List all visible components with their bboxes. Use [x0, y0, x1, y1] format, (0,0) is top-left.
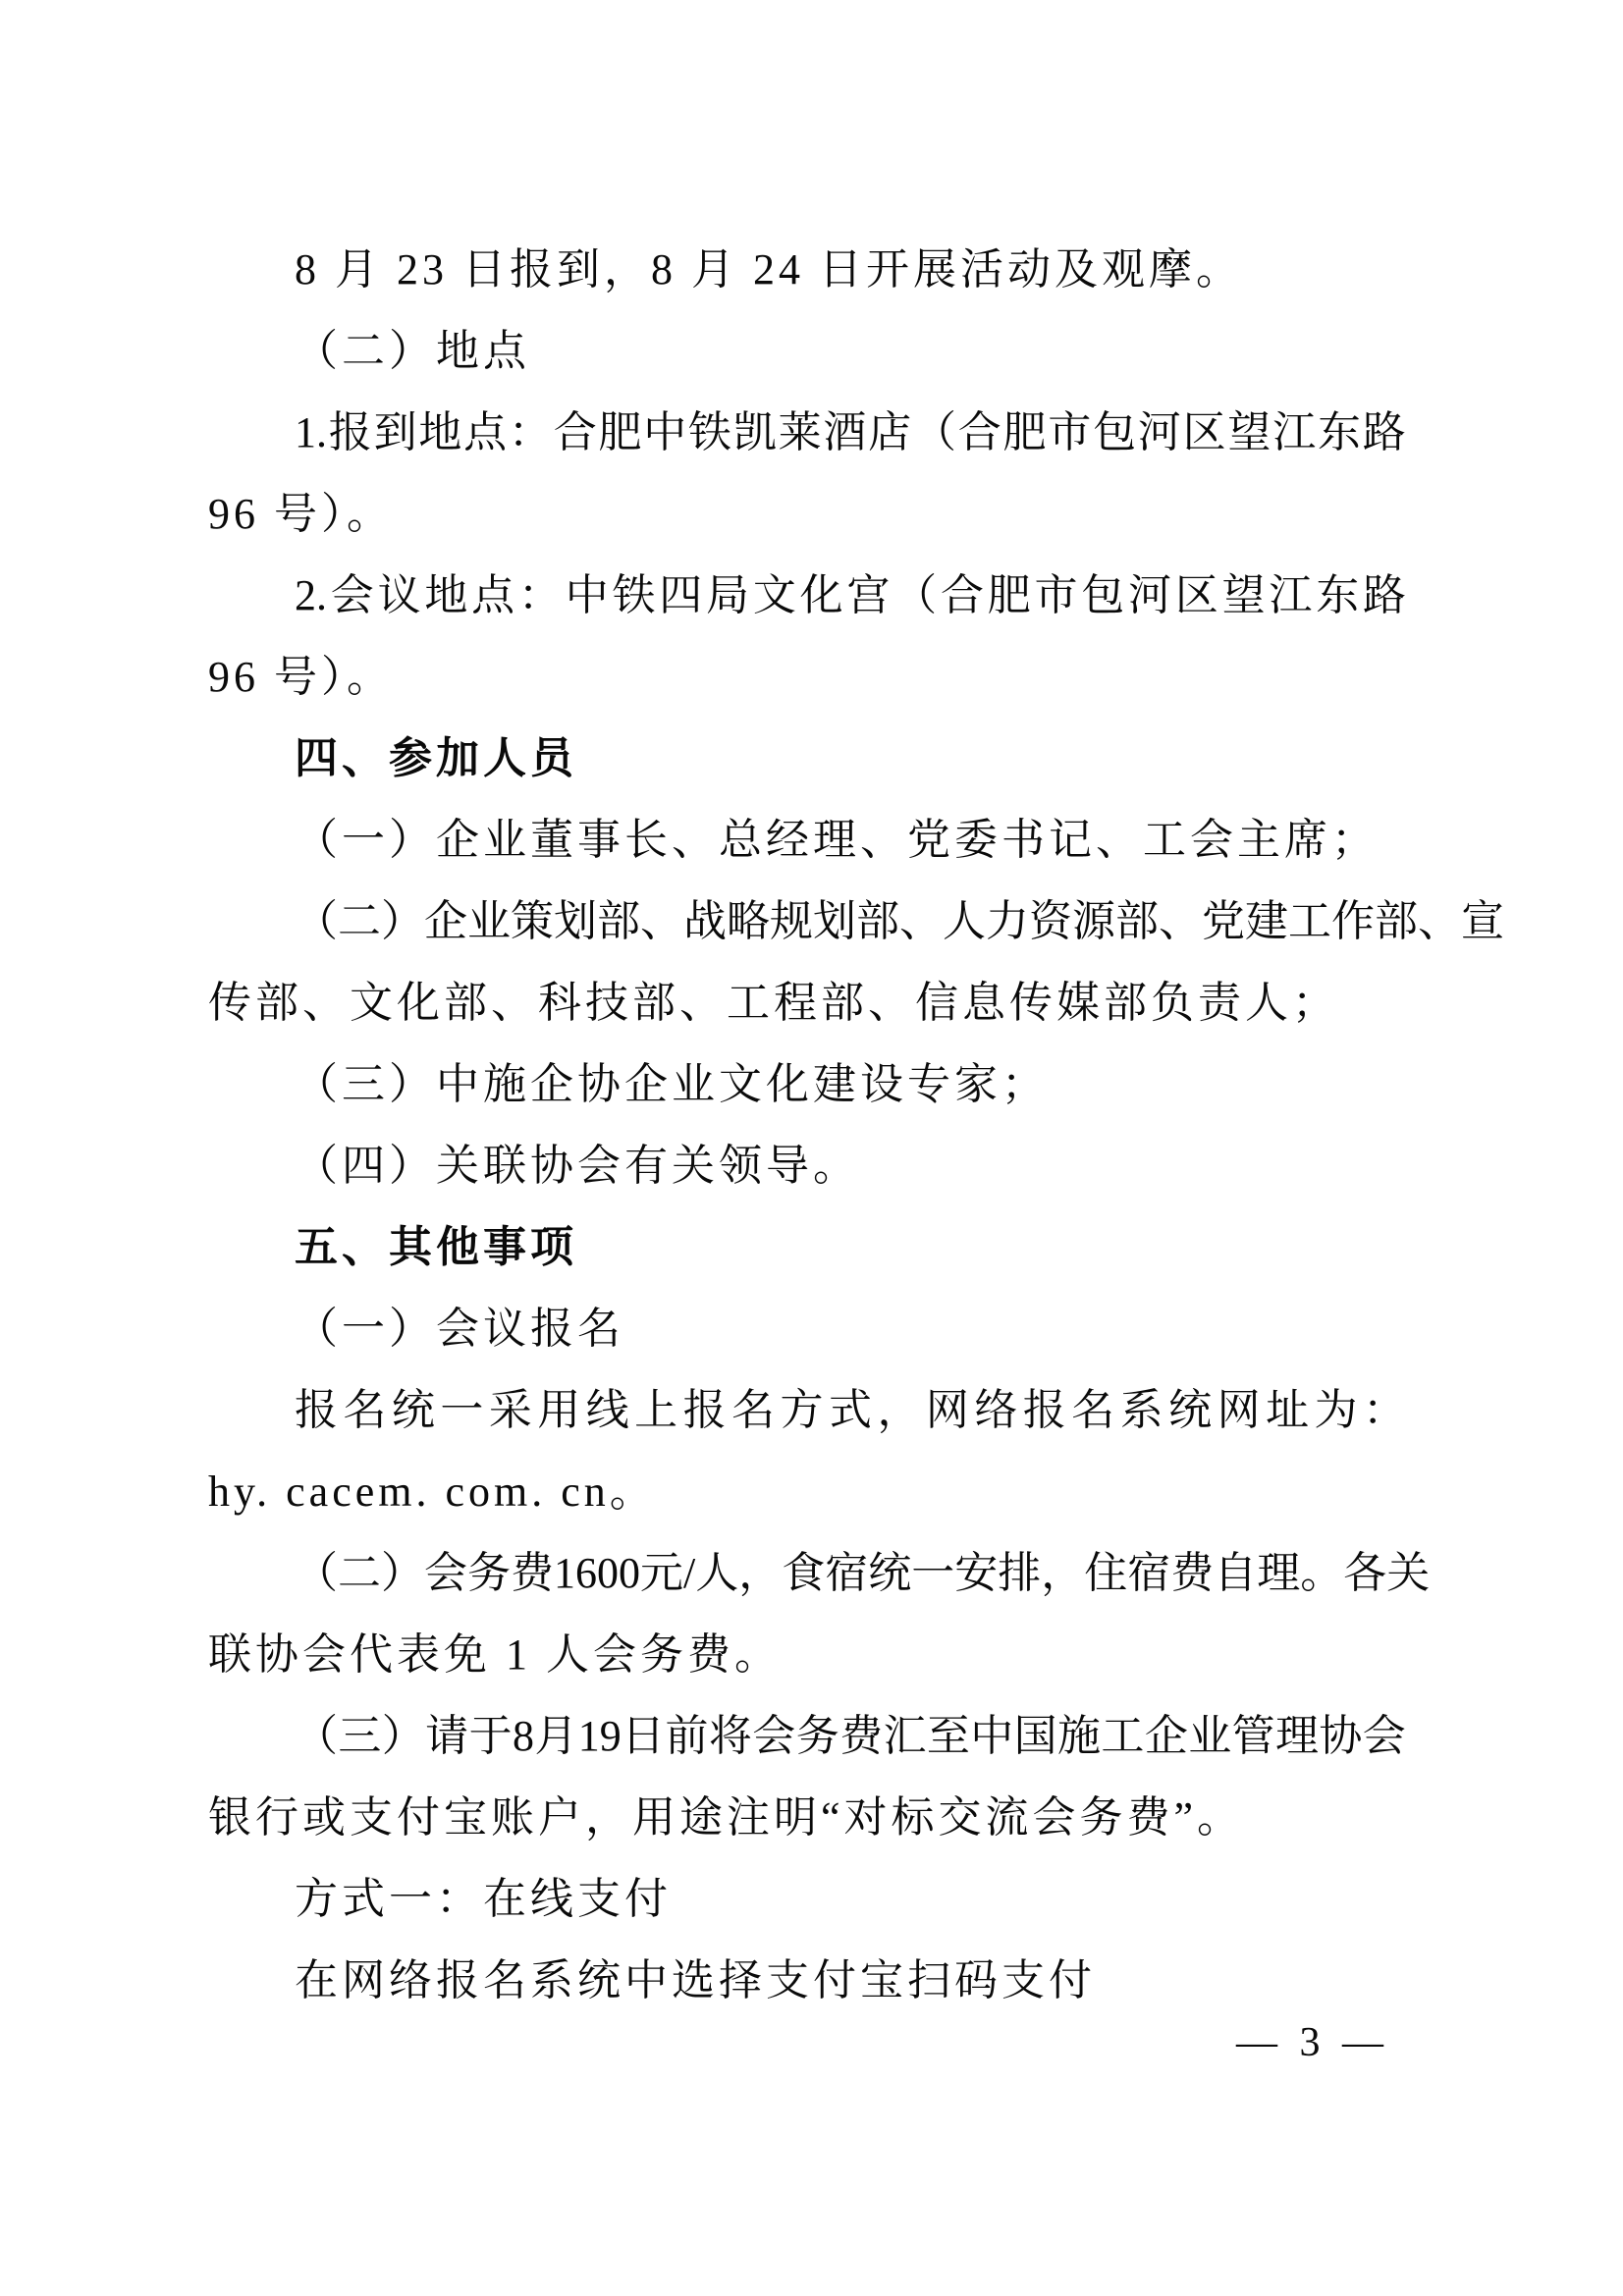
text-glyph: 月	[534, 1695, 577, 1777]
text-glyph: 中	[643, 392, 686, 473]
text-glyph: 河	[1138, 392, 1181, 473]
text-glyph: 区	[1175, 555, 1218, 636]
text-glyph: 协	[1319, 1695, 1362, 1777]
text-glyph: 酒	[823, 392, 866, 473]
document-page: 8 月 23 日报到，8 月 24 日开展活动及观摩。（二）地点1.报到地点：合…	[0, 0, 1623, 2296]
text-glyph: 部	[1375, 881, 1418, 962]
text-glyph: 宫	[846, 555, 890, 636]
text-glyph: ，	[877, 1369, 920, 1451]
text-glyph: （	[295, 1695, 338, 1777]
text-glyph: 自	[1214, 1532, 1257, 1614]
text-glyph: 网	[926, 1369, 969, 1451]
text-glyph: 肥	[598, 392, 641, 473]
text-glyph: 江	[1269, 555, 1312, 636]
text-line: 传部、文化部、科技部、工程部、信息传媒部负责人；	[208, 962, 1406, 1043]
text-glyph: 四	[659, 555, 702, 636]
text-line: （二）企业策划部、战略规划部、人力资源部、党建工作部、宣	[208, 881, 1406, 962]
text-glyph: 江	[1272, 392, 1316, 473]
text-glyph: 党	[1202, 881, 1245, 962]
text-glyph: 战	[683, 881, 727, 962]
text-glyph: 一	[911, 1532, 954, 1614]
text-line: （三）请于8月19日前将会务费汇至中国施工企业管理协会	[208, 1695, 1406, 1777]
text-glyph: 莱	[779, 392, 822, 473]
text-glyph: 宣	[1461, 881, 1504, 962]
text-glyph: 店	[868, 392, 911, 473]
text-glyph: 施	[1057, 1695, 1101, 1777]
text-glyph: 名	[1071, 1369, 1114, 1451]
text-glyph: 19	[578, 1695, 622, 1777]
text-glyph: 望	[1227, 392, 1271, 473]
text-glyph: 至	[927, 1695, 970, 1777]
text-glyph: /	[683, 1532, 695, 1614]
text-glyph: 式	[829, 1369, 872, 1451]
text-glyph: 费	[839, 1695, 883, 1777]
text-glyph: 到	[374, 392, 417, 473]
text-glyph: 系	[1120, 1369, 1163, 1451]
text-glyph: 点	[471, 555, 514, 636]
text-glyph: 铁	[688, 392, 731, 473]
text-glyph: 企	[1145, 1695, 1188, 1777]
text-glyph: 会	[424, 1532, 467, 1614]
text-glyph: 汇	[883, 1695, 926, 1777]
text-glyph: 规	[770, 881, 813, 962]
text-glyph: 源	[1072, 881, 1115, 962]
text-glyph: 理	[1275, 1695, 1319, 1777]
text-glyph: 路	[1363, 555, 1406, 636]
text-line: 2.会议地点：中铁四局文化宫（合肥市包河区望江东路	[208, 555, 1406, 636]
text-glyph: 中	[566, 555, 609, 636]
text-line: 联协会代表免 1 人会务费。	[208, 1614, 1406, 1695]
text-line: 96 号）。	[208, 636, 1406, 718]
text-glyph: 局	[706, 555, 749, 636]
text-glyph: 管	[1232, 1695, 1275, 1777]
text-line: （一）企业董事长、总经理、党委书记、工会主席；	[208, 799, 1406, 881]
text-glyph: 工	[1101, 1695, 1144, 1777]
text-glyph: 肥	[988, 555, 1031, 636]
text-glyph: 费	[1170, 1532, 1214, 1614]
text-glyph: 关	[1386, 1532, 1430, 1614]
text-glyph: 报	[329, 392, 372, 473]
text-glyph: 作	[1331, 881, 1375, 962]
section-heading: 五、其他事项	[208, 1206, 1406, 1288]
text-glyph: 力	[986, 881, 1029, 962]
text-glyph: 、	[1418, 881, 1461, 962]
text-line: （二）会务费1600元/人，食宿统一安排，住宿费自理。各关	[208, 1532, 1406, 1614]
text-glyph: 地	[424, 555, 467, 636]
text-glyph: 望	[1222, 555, 1266, 636]
text-line: （二）地点	[208, 310, 1406, 392]
text-glyph: 宿	[825, 1532, 868, 1614]
text-glyph: 策	[511, 881, 554, 962]
text-glyph: 各	[1343, 1532, 1386, 1614]
text-glyph: 包	[1093, 392, 1136, 473]
text-glyph: 报	[1023, 1369, 1066, 1451]
text-glyph: ，	[738, 1532, 782, 1614]
text-glyph: 报	[683, 1369, 727, 1451]
text-glyph: 1.	[295, 392, 327, 473]
text-glyph: 东	[1316, 555, 1359, 636]
text-glyph: 1600	[554, 1532, 640, 1614]
text-glyph: （	[913, 392, 956, 473]
text-glyph: 国	[1014, 1695, 1057, 1777]
text-glyph: 市	[1048, 392, 1091, 473]
text-glyph: （	[893, 555, 937, 636]
text-glyph: 三	[338, 1695, 381, 1777]
text-line: （一）会议报名	[208, 1288, 1406, 1369]
text-glyph: 用	[537, 1369, 580, 1451]
text-glyph: 部	[597, 881, 640, 962]
text-glyph: 划	[554, 881, 597, 962]
text-glyph: 市	[1035, 555, 1078, 636]
text-glyph: 2.	[295, 555, 327, 636]
text-glyph: 务	[796, 1695, 839, 1777]
text-glyph: 东	[1318, 392, 1361, 473]
text-glyph: 部	[1115, 881, 1159, 962]
text-glyph: 文	[753, 555, 796, 636]
text-glyph: 河	[1128, 555, 1171, 636]
text-glyph: 合	[941, 555, 984, 636]
text-line: 在网络报名系统中选择支付宝扫码支付	[208, 1940, 1406, 2021]
text-glyph: 为	[1315, 1369, 1358, 1451]
text-glyph: 业	[1188, 1695, 1231, 1777]
text-glyph: 理	[1257, 1532, 1300, 1614]
text-glyph: 排	[998, 1532, 1041, 1614]
text-glyph: 划	[813, 881, 856, 962]
text-glyph: 业	[467, 881, 511, 962]
text-glyph: 资	[1029, 881, 1072, 962]
text-glyph: 网	[1217, 1369, 1261, 1451]
text-glyph: （	[295, 1532, 338, 1614]
text-glyph: 地	[418, 392, 461, 473]
text-glyph: 务	[467, 1532, 511, 1614]
text-glyph: 住	[1084, 1532, 1127, 1614]
text-glyph: 企	[424, 881, 467, 962]
text-glyph: 工	[1288, 881, 1331, 962]
document-text-block: 8 月 23 日报到，8 月 24 日开展活动及观摩。（二）地点1.报到地点：合…	[208, 229, 1406, 2021]
text-glyph: 安	[954, 1532, 998, 1614]
text-line: 报名统一采用线上报名方式，网络报名系统网址为：	[208, 1369, 1406, 1451]
page-number: — 3 —	[1236, 2008, 1389, 2077]
text-glyph: 人	[943, 881, 986, 962]
text-glyph: 、	[640, 881, 683, 962]
text-glyph: ，	[1041, 1532, 1084, 1614]
text-glyph: 统	[392, 1369, 435, 1451]
text-line: 96 号）。	[208, 473, 1406, 555]
text-glyph: ）	[382, 1695, 425, 1777]
text-glyph: 会	[752, 1695, 795, 1777]
text-glyph: 人	[695, 1532, 738, 1614]
text-glyph: 建	[1245, 881, 1288, 962]
text-glyph: 部	[856, 881, 899, 962]
text-glyph: 名	[343, 1369, 386, 1451]
text-glyph: 统	[1168, 1369, 1212, 1451]
text-glyph: 方	[781, 1369, 824, 1451]
text-glyph: 日	[622, 1695, 665, 1777]
text-line: （三）中施企协企业文化建设专家；	[208, 1043, 1406, 1125]
text-glyph: 前	[666, 1695, 709, 1777]
text-glyph: 8	[513, 1695, 534, 1777]
text-line: 8 月 23 日报到，8 月 24 日开展活动及观摩。	[208, 229, 1406, 310]
text-glyph: 上	[634, 1369, 677, 1451]
text-glyph: 线	[586, 1369, 629, 1451]
text-line: 银行或支付宝账户，用途注明“对标交流会务费”。	[208, 1777, 1406, 1858]
text-glyph: 肥	[1003, 392, 1047, 473]
text-glyph: 元	[640, 1532, 683, 1614]
text-glyph: 于	[469, 1695, 513, 1777]
text-glyph: 采	[489, 1369, 532, 1451]
text-glyph: 络	[974, 1369, 1017, 1451]
text-glyph: ：	[1363, 1369, 1406, 1451]
text-line: 1.报到地点：合肥中铁凯莱酒店（合肥市包河区望江东路	[208, 392, 1406, 473]
text-glyph: 一	[440, 1369, 483, 1451]
text-glyph: 统	[868, 1532, 911, 1614]
text-glyph: 路	[1363, 392, 1406, 473]
text-glyph: 二	[338, 881, 381, 962]
section-heading: 四、参加人员	[208, 718, 1406, 799]
text-glyph: 址	[1266, 1369, 1309, 1451]
text-glyph: 合	[958, 392, 1001, 473]
text-glyph: 合	[554, 392, 597, 473]
text-line: hy. cacem. com. cn。	[208, 1451, 1406, 1532]
text-glyph: 凯	[733, 392, 777, 473]
text-glyph: 化	[800, 555, 843, 636]
text-glyph: 请	[425, 1695, 468, 1777]
text-glyph: 二	[338, 1532, 381, 1614]
text-line: （四）关联协会有关领导。	[208, 1125, 1406, 1206]
text-glyph: ：	[509, 392, 552, 473]
text-glyph: 报	[295, 1369, 338, 1451]
text-glyph: 议	[378, 555, 421, 636]
text-glyph: 略	[727, 881, 770, 962]
text-glyph: 、	[899, 881, 943, 962]
text-glyph: （	[295, 881, 338, 962]
text-glyph: 宿	[1127, 1532, 1170, 1614]
text-glyph: 食	[782, 1532, 825, 1614]
text-glyph: 费	[511, 1532, 554, 1614]
text-glyph: 将	[709, 1695, 752, 1777]
text-glyph: 区	[1183, 392, 1226, 473]
text-glyph: 会	[331, 555, 374, 636]
text-glyph: 。	[1300, 1532, 1343, 1614]
text-glyph: ）	[381, 1532, 424, 1614]
text-glyph: ）	[381, 881, 424, 962]
text-line: 方式一：在线支付	[208, 1858, 1406, 1940]
text-glyph: 包	[1081, 555, 1124, 636]
text-glyph: 名	[731, 1369, 775, 1451]
text-glyph: 、	[1159, 881, 1202, 962]
text-glyph: ：	[518, 555, 562, 636]
text-glyph: 会	[1363, 1695, 1406, 1777]
text-glyph: 中	[970, 1695, 1013, 1777]
text-glyph: 点	[463, 392, 507, 473]
text-glyph: 铁	[612, 555, 655, 636]
